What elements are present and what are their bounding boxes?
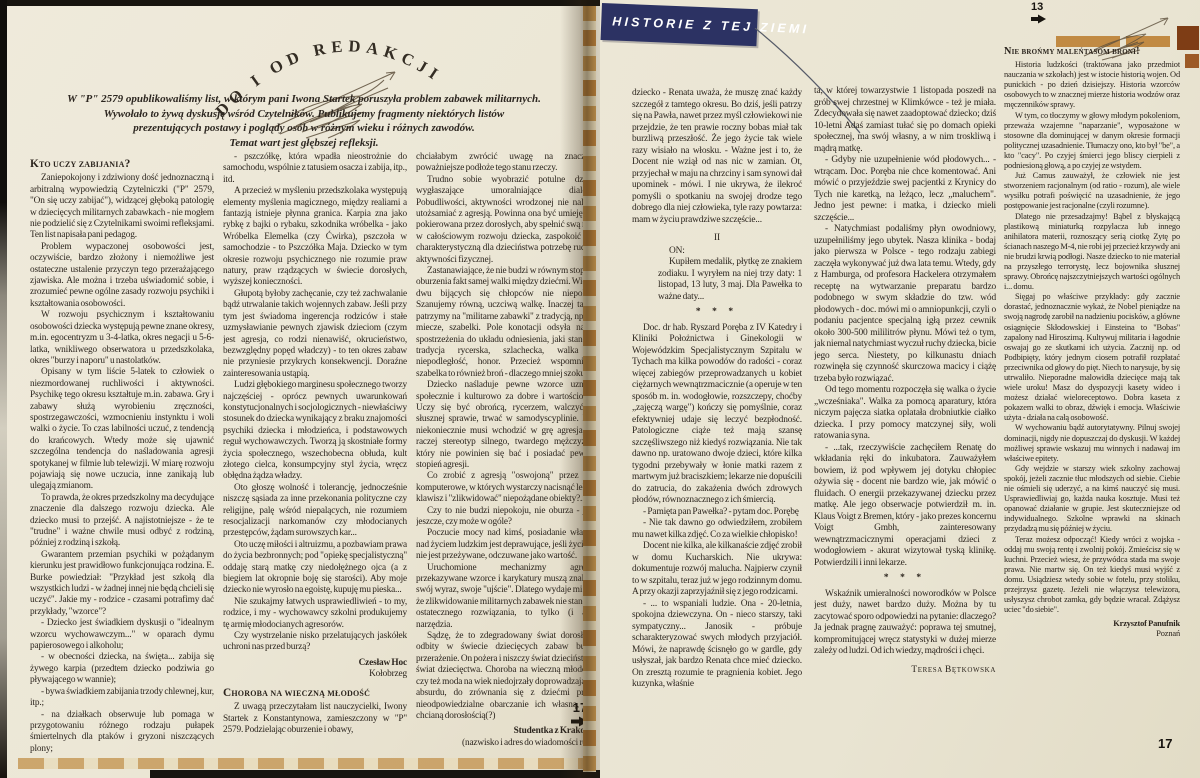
byline: Teresa Bętkowska: [814, 665, 996, 677]
paragraph: Już Camus zauważył, że człowiek nie jest…: [1004, 171, 1180, 211]
roman-numeral: II: [632, 233, 802, 245]
paragraph: - Natychmiast podaliśmy płyn owodniowy, …: [814, 224, 996, 385]
paragraph: To prawda, że okres przedszkolny ma decy…: [30, 493, 214, 550]
intro-line: W "P" 2579 opublikowaliśmy list, w który…: [66, 92, 542, 107]
paragraph: Oto głoszę wolność i tolerancję, jednocz…: [223, 483, 407, 540]
signature-location: Kołobrzeg: [223, 669, 407, 680]
paragraph: W tym, co tłoczymy w głowy młodym pokole…: [1004, 111, 1180, 172]
article-heading: Kto uczy zabijania?: [30, 159, 214, 170]
magazine-spread: DO I OD REDAKCJI W "P" 2579 opublikowali…: [0, 0, 1200, 778]
paragraph: dziecko - Renata uważa, że muszę znać ka…: [632, 88, 802, 226]
left-page-column-2: - pszczółkę, która wpadła nieostrożnie d…: [223, 152, 407, 772]
left-page-edge: [0, 0, 7, 778]
right-page-number-top: 13: [1031, 1, 1047, 24]
paragraph: - Nie tak dawno go odwiedziłem, zrobiłem…: [632, 518, 802, 541]
paragraph: - Pamięta pan Pawełka? - pytam doc. Porę…: [632, 507, 802, 519]
section-header-label: HISTORIE Z TEJ ZIEMI: [601, 3, 758, 46]
top-border: [0, 0, 600, 6]
paragraph: - w obecności dziecka, na święta... zabi…: [30, 652, 214, 686]
paragraph: Czy wystrzelanie nisko przelatujących ja…: [223, 631, 407, 654]
right-page-number-top-value: 13: [1031, 1, 1043, 13]
paragraph: Z uwagą przeczytałam list nauczycielki, …: [223, 702, 407, 736]
intro-line: Wywołało to żywą dyskusję wśród Czytelni…: [66, 107, 542, 122]
section-header-bar: HISTORIE Z TEJ ZIEMI: [601, 3, 758, 46]
paragraph: Opisany w tym liście 5-latek to człowiek…: [30, 367, 214, 492]
paragraph: Wskaźnik umieralności noworodków w Polsc…: [814, 589, 996, 658]
left-page-column-1: Kto uczy zabijania?Zaniepokojony i zdziw…: [30, 152, 214, 772]
paragraph: ta, w której towarzystwie 1 listopada po…: [814, 86, 996, 155]
paragraph: A przecież w myśleniu przedszkolaka wyst…: [223, 186, 407, 289]
article-heading: Choroba na wieczną młodość: [223, 688, 407, 699]
section-separator: * * *: [814, 573, 996, 585]
paragraph: - Gdyby nie uzupełnienie wód płodowych..…: [814, 155, 996, 224]
paragraph: Problem wypaczonej osobowości jest, oczy…: [30, 242, 214, 310]
signature-location: Poznań: [1004, 629, 1180, 639]
right-page-column-1: dziecko - Renata uważa, że muszę znać ka…: [632, 88, 802, 772]
ornament-corner-square: [1185, 54, 1199, 68]
paragraph: Docent nie kilka, ale kilkanaście zdjęć …: [632, 541, 802, 599]
paragraph: Oto uczę miłości i altruizmu, a pozbawia…: [223, 540, 407, 597]
page-arrow-icon: [1031, 14, 1047, 24]
editorial-intro: W "P" 2579 opublikowaliśmy list, w który…: [66, 92, 542, 150]
right-page-column-3: Nie brońmy maleńtasom broni!Historia lud…: [1004, 40, 1180, 740]
paragraph-indented: Kupiłem medalik, płytkę ze znakiem zodia…: [658, 257, 802, 303]
paragraph: W wychowaniu bądź autorytatywny. Pilnuj …: [1004, 423, 1180, 463]
paragraph: Ludzi głębokiego marginesu społecznego t…: [223, 380, 407, 483]
article-heading: Nie brońmy maleńtasom broni!: [1004, 47, 1180, 57]
paragraph: Głupotą byłoby zachęcanie, czy też zachw…: [223, 289, 407, 380]
right-page-number-bottom: 17: [1158, 736, 1172, 751]
signature: Czesław Hoc: [223, 658, 407, 669]
paragraph: - Dziecko jest świadkiem dyskusji o "ide…: [30, 618, 214, 652]
paragraph: Historia ludzkości (traktowana jako prze…: [1004, 60, 1180, 110]
intro-line: Temat wart jest głębszej refleksji.: [66, 136, 542, 151]
paragraph-indented: ON:: [658, 246, 802, 258]
left-page: DO I OD REDAKCJI W "P" 2579 opublikowali…: [0, 0, 600, 778]
paragraph: Sięgaj po właściwe przykłady: gdy zaczni…: [1004, 292, 1180, 423]
paragraph: - bywa świadkiem zabijania trzody chlewn…: [30, 687, 214, 710]
paragraph: - ...tak, rzeczywiście zachęciłem Renatę…: [814, 443, 996, 570]
ornament-corner-square: [1177, 26, 1199, 50]
paragraph: Nie szukajmy łatwych usprawiedliwień - t…: [223, 597, 407, 631]
intro-line: prezentujących postawy i poglądy osób w …: [66, 121, 542, 136]
paragraph: - ... to wspaniali ludzie. Ona - 20-letn…: [632, 599, 802, 691]
paragraph: Teraz możesz odpocząć! Kiedy wróci z woj…: [1004, 535, 1180, 616]
paragraph: - na działkach obserwuje lub pomaga w pr…: [30, 710, 214, 756]
signature: Krzysztof Panufnik: [1004, 619, 1180, 629]
paragraph: Zaniepokojony i zdziwiony dość jednoznac…: [30, 173, 214, 241]
paragraph: Gdy wejdzie w starszy wiek szkolny zacho…: [1004, 464, 1180, 535]
right-page-column-2: ta, w której towarzystwie 1 listopada po…: [814, 86, 996, 746]
section-separator: * * *: [632, 307, 802, 319]
paragraph: Dlatego nie przesadzajmy! Bąbel z błyska…: [1004, 212, 1180, 293]
paragraph: W rozwoju psychicznym i kształtowaniu os…: [30, 310, 214, 367]
paragraph: Od tego momentu rozpoczęła się walka o ż…: [814, 385, 996, 443]
paragraph: - pszczółkę, która wpadła nieostrożnie d…: [223, 152, 407, 186]
paragraph: Gwarantem przemian psychiki w pożądanym …: [30, 550, 214, 618]
paragraph: Doc. dr hab. Ryszard Poręba z IV Katedry…: [632, 323, 802, 507]
